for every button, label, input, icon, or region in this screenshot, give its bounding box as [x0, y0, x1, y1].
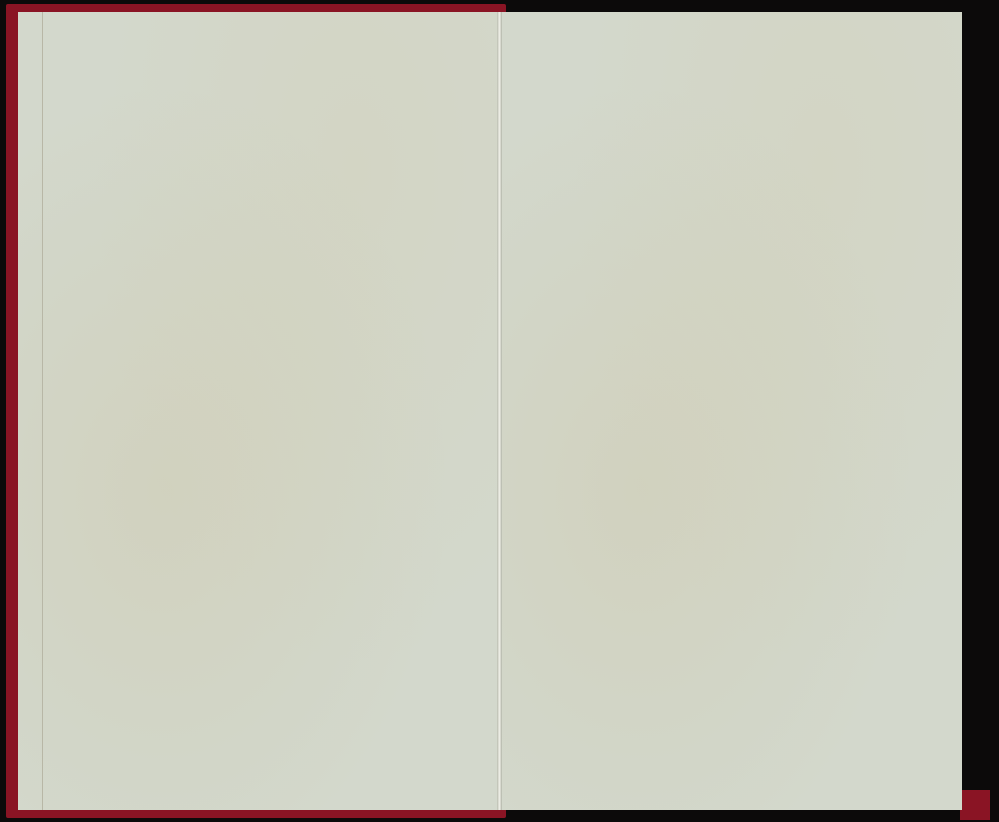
left-page	[18, 12, 500, 810]
left-page-margin	[42, 12, 43, 810]
book-cover-corner	[960, 790, 990, 820]
right-page	[500, 12, 962, 810]
book-spine	[497, 12, 502, 810]
